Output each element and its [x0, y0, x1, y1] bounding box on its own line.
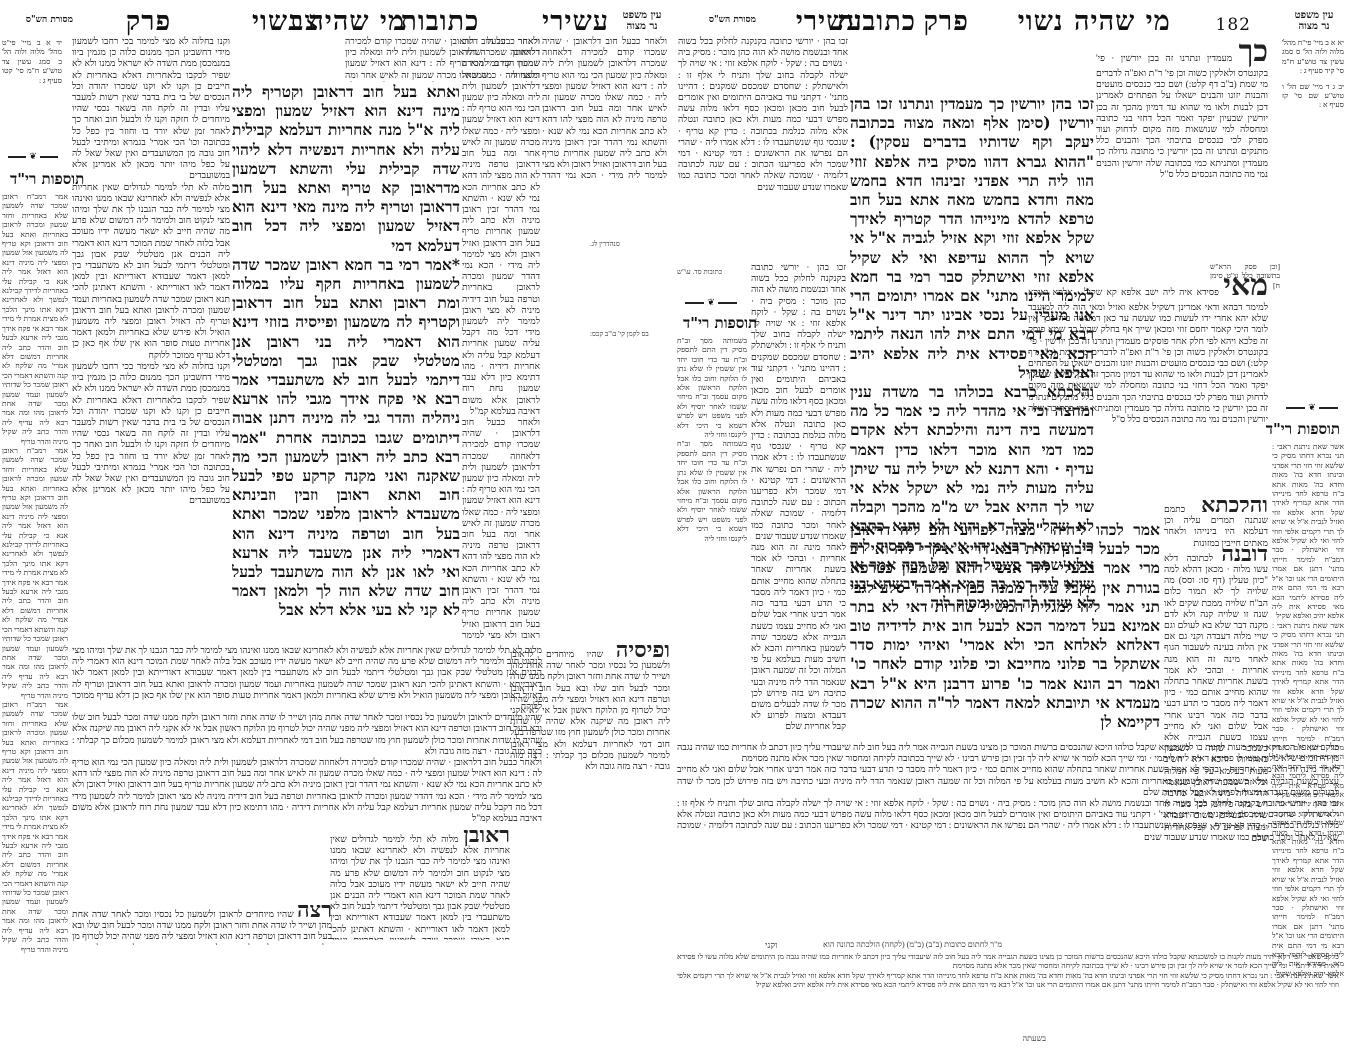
rashi-column-lower: זכו בהן · יורשי כתובה בקנקנה לחלוק בכל ב… — [751, 262, 846, 740]
tosafot-rid-inner-title: תוספות רי"ד — [683, 314, 757, 333]
tosafot-rid-inner-paragraph: בשמותה מסך וב"ח מסיק דין התם לתספק וב"ח … — [677, 336, 747, 439]
rashi-gutter-upper: ולאחר כבעל חוב דלראובן · שהיה שמכרו קודם… — [542, 36, 667, 182]
tosafot-column: כך מעמדין ונתרנו זה בכן יורשין · פי' בקו… — [1096, 36, 1268, 270]
tosafot-rid-paragraph-cont2: אמר רמב"ח ראובן שמכר שדה לשמעון שלא באחר… — [2, 700, 68, 954]
rashi-bottom-paragraph-3: זכו בהן · יורשי כתובה בקנקנה לחלוק בכל ב… — [677, 798, 1339, 843]
ein-mishpat-title: עין משפט — [613, 10, 671, 21]
daf-number: צב — [290, 6, 319, 37]
dibur-hamatchil-dovna: דובנה — [1221, 541, 1268, 567]
ornament-icon: ❦ — [1305, 403, 1319, 413]
ein-mishpat-label: עין משפט נר מצוה — [613, 10, 671, 32]
tosafot-rid-paragraph: אשר שאת ניתנת ראבי : תני נכרא דחתו מסיק … — [1272, 442, 1344, 621]
rashi-bottom-paragraph-2: לאחר מינה זה הוא מנה אחריות · ובהכי לא א… — [677, 764, 1339, 798]
masoret-hashas-label: מסורת הש"ס — [26, 14, 73, 25]
tosafot-paragraph: וקנו בחלוה לא מצי למימר בכי רחבו לשמעון … — [72, 36, 230, 182]
rashi-column-upper: ולאחר כבעל חוב דלראובן · שהיה שמכרו קודם… — [462, 36, 540, 638]
rashi-ratza-text: רצה שהיו מיוחדים לראובן ולשמעון כל נכסיו… — [72, 905, 332, 945]
dibur-hamatchil-mai: מאי — [1223, 270, 1268, 303]
catchword: בשעתה — [1022, 1034, 1046, 1043]
ein-mishpat-notes: יא א ב מיי' פי"ח מהל' מלוה ולוה הל' ס סמ… — [1282, 38, 1344, 378]
rashi-lower-paragraph-2: לאחר מינה זה הוא מנה אחריות · ובהכי לא א… — [751, 542, 846, 732]
tosafot-paragraph-3: וקנו בחלוה לא מצי למימר בכי רחבו לשמעון … — [72, 361, 230, 507]
ner-mitzvah-title: נר מצוה — [613, 21, 671, 32]
gemara-paragraph-3: אמר לכהו ליחיה "מצוה לפרוע חוב ליה דראוב… — [850, 520, 1160, 731]
gemara-main-text: ואתא בעל חוב דראובן וקטריף ליה מינה דינא… — [232, 82, 460, 642]
ornament-icon: ❦ — [26, 152, 40, 162]
rashi-lower-paragraph: מלוה לא תלי למימר לגדולים שאין אחריות אל… — [72, 645, 542, 712]
bottom-reference-note: מ"ר לחתום כתובות (ב"ב) (ב"מ) (לקחה) הולכ… — [823, 940, 1002, 949]
tosafot-column: וקנו בחלוה לא מצי למימר בכי רחבו לשמעון … — [72, 36, 230, 638]
rashi-column-upper: זכו בהן · יורשי כתובה בקנקנה לחלוק בכל ב… — [678, 36, 848, 262]
ein-mishpat-note-1: יא א ב מיי' פי"ח מהל' מלוה ולוה הל' ס סמ… — [1282, 38, 1344, 76]
bottom-marker: וקני — [765, 940, 777, 950]
running-head-chapter: 182 מי שהיה נשוי פרק עשירי — [796, 6, 1251, 37]
gemara-paragraph-2: *אמר רמי בר חמא ראובן שמכר שדה לשמעון בא… — [232, 255, 460, 620]
rashi-gutter-paragraph: ולאחר כבעל חוב דלראובן · שהיה שמכרו קודם… — [542, 36, 667, 182]
tosafot-rid-text: אמר רמב"ח ראובן שמכר שדה לשמעון שלא באחר… — [2, 192, 68, 1012]
rashi-dibur-paragraph: שהיו מיוחדים לראובן ולשמעון כל נכסיו ומכ… — [510, 649, 670, 771]
rashi-paragraph: ולאחר כבעל חוב דלראובן · שהיה שמכרו קודם… — [462, 36, 540, 417]
rashi-reuven-block: ראובן מלוה לא תלי למימר לגדולים שאין אחר… — [330, 830, 510, 940]
rashi-paragraph-2: ולאחר כבעל חוב דלראובן · שהיה שמכרו קודם… — [462, 417, 540, 638]
rashi-paragraph: זכו בהן · יורשי כתובה בקנקנה לחלוק בכל ב… — [678, 36, 848, 193]
ner-mitzvah-title: נר מצוה — [1284, 21, 1344, 32]
ein-mishpat-notes: יד א ב מיי' פי"ט מהל' מלוה ולוה הל' ב סמ… — [2, 38, 62, 148]
rashi-dibur-block: ופיסיה שהיו מיוחדים לראובן ולשמעון כל נכ… — [510, 645, 670, 945]
tosafot-paragraph-2: מלוה לא תלי למימר לגדולים שאין אחריות אל… — [72, 182, 230, 361]
rashi-lower-paragraph: זכו בהן · יורשי כתובה בקנקנה לחלוק בכל ב… — [751, 262, 846, 542]
gemara-paragraph: ואתא בעל חוב דראובן וקטריף ליה מינה דינא… — [232, 82, 460, 255]
left-page: מסורת הש"ס מי שהיה נשוי פרק עשירי כתובות… — [0, 0, 673, 1048]
chapter-number: עשירי — [796, 6, 863, 37]
perek-label: פרק — [126, 6, 171, 37]
running-head-tractate: עשירי כתובות צב — [290, 6, 609, 37]
gemara-lower-text: אמר לכהו ליחיה "מצוה לפרוע חוב ליה דראוב… — [850, 520, 1160, 740]
gemara-paragraph: זכו בהן יורשין כך מעמדין ונתרנו זכו בהן … — [850, 94, 1094, 382]
tosafot-rid-paragraph: אמר רמב"ח ראובן שמכר שדה לשמעון שלא באחר… — [2, 192, 68, 446]
margin-reference-note: סנהדרין לג. — [590, 240, 620, 248]
margin-reference-note-2: בס לקמן קי' ב\"ב קכס: — [590, 330, 649, 338]
ornament-divider: ❦ — [4, 152, 62, 162]
rashi-bottom-paragraph-2: ולאחר כבעל חוב דלראובן · שהיה שמכרו קודם… — [72, 757, 542, 824]
page-number: 182 — [1216, 15, 1251, 35]
tosafot-rid-inner-paragraph-2: בשמותה מסך וב"ח מסיק דין התם לתספק וב"ח … — [677, 439, 747, 542]
tosafot-rid-title: תוספות רי"ד — [1266, 420, 1340, 439]
rashi-dibur-text: ופיסיה שהיו מיוחדים לראובן ולשמעון כל נכ… — [510, 645, 670, 772]
tractate-name: כתובות — [400, 6, 479, 37]
ornament-icon: ❦ — [704, 298, 718, 308]
rashi-reuven-paragraph: מלוה לא תלי למימר לגדולים שאין אחריות אל… — [330, 834, 510, 940]
rashi-bottom-paragraph: כלקב שאפי' הכי דקא יתיר מעות לקנות בו למ… — [677, 742, 1339, 764]
ornament-divider-inner: ❦ — [681, 298, 741, 308]
rashi-top-strip: ולאחר כבעל חוב דלראובן · שהיה שמכרו קודם… — [345, 36, 540, 82]
footnote-strip: כלקב שאפי' הכי דקא יתיר מעות לקנות בו למ… — [677, 952, 1339, 1032]
tosafot-rid-inner-text: בשמותה מסך וב"ח מסיק דין התם לתספק וב"ח … — [677, 336, 747, 586]
perek-label: פרק — [923, 6, 968, 37]
rashi-bottom-paragraph: שהיו מיוחדים לראובן ולשמעון כל נכסיו ומכ… — [72, 712, 542, 757]
tosafot-rid-paragraph-cont: אמר רמב"ח ראובן שמכר שדה לשמעון שלא באחר… — [2, 446, 68, 700]
ein-mishpat-label: עין משפט נר מצוה — [1284, 10, 1344, 32]
ein-mishpat-note: יד א ב מיי' פי"ט מהל' מלוה ולוה הל' ב סמ… — [2, 38, 62, 85]
ein-mishpat-note-2: יב ג ד מיי' שם הל' ו טוש"ע שם סי' קז סעי… — [1282, 82, 1344, 110]
ornament-divider: ❦ — [1282, 403, 1342, 413]
footnote-paragraph: כלקב שאפי' הכי דקא יתיר מעות לקנות בו למ… — [677, 952, 1339, 971]
masoret-hashas-label: מסורת הש"ס — [709, 14, 756, 25]
chapter-number: עשירי — [542, 6, 609, 37]
right-page: מסורת הש"ס כתובות 182 מי שהיה נשוי פרק ע… — [673, 0, 1346, 1048]
chapter-name: מי שהיה נשוי — [1018, 6, 1171, 37]
rashi-reuven-text: ראובן מלוה לא תלי למימר לגדולים שאין אחר… — [330, 830, 510, 940]
tosafot-dovna-text: לכתובה דלא עשו מלוה · מכאן דהלא למה "כיו… — [1164, 553, 1268, 653]
footnote-paragraph-2: אשר שאת ניתנת ראבי : תני נכרא דחתו מסיק … — [677, 971, 1339, 990]
rashi-top-paragraph: ולאחר כבעל חוב דלראובן · שהיה שמכרו קודם… — [345, 36, 540, 82]
rashi-bottom-block: כלקב שאפי' הכי דקא יתיר מעות לקנות בו למ… — [677, 742, 1339, 938]
ein-mishpat-title: עין משפט — [1284, 10, 1344, 21]
mishna-opening: כך מעמדין ונתרנו זה בכן יורשין · פי' בקו… — [1096, 36, 1268, 180]
mishna-initial-word: כך — [1239, 36, 1268, 69]
rashi-ratza-paragraph: שהיו מיוחדים לראובן ולשמעון כל נכסיו ומכ… — [72, 909, 332, 945]
margin-reference-note: כתובות סד. ע\"ש — [677, 268, 722, 276]
rashi-ratza-block: רצה שהיו מיוחדים לראובן ולשמעון כל נכסיו… — [72, 905, 332, 945]
tosafot-paragraph: מעמדין ונתרנו זה בכן יורשין · פי' בקונטר… — [1096, 53, 1268, 179]
